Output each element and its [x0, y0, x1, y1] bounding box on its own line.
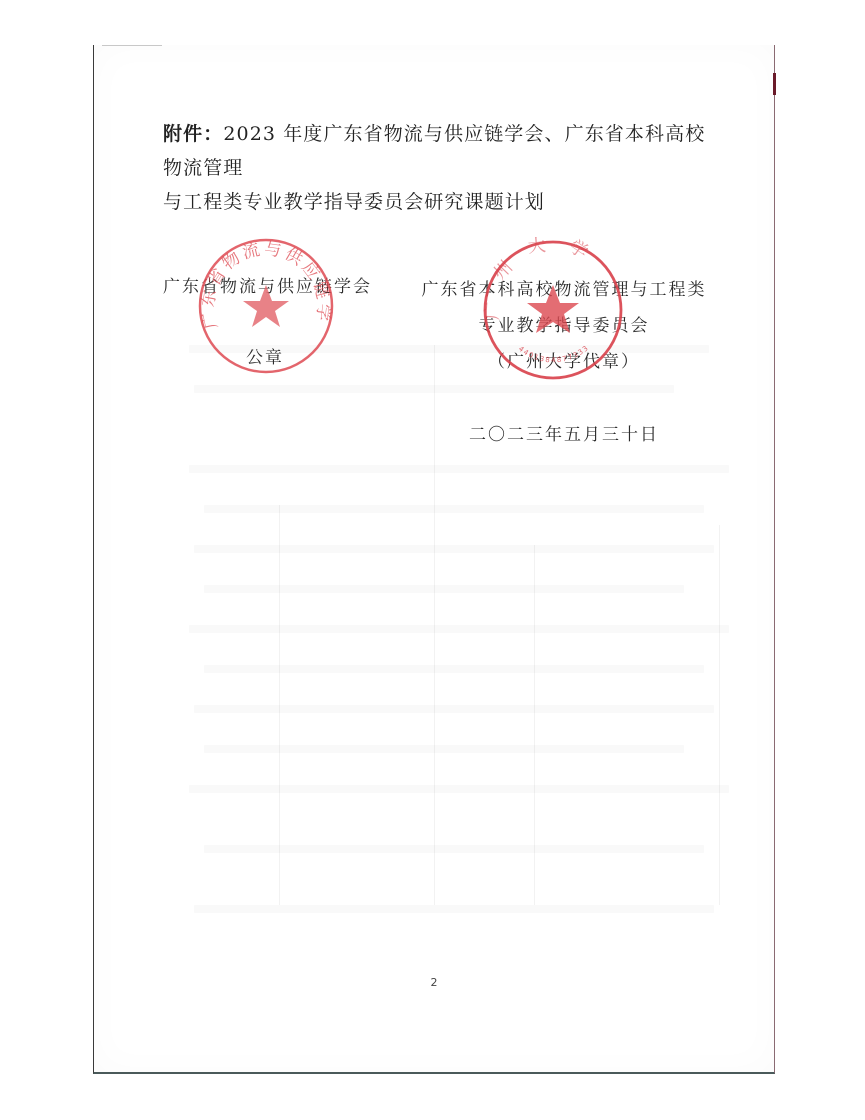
- signatory-right-line-1: 广东省本科高校物流管理与工程类: [414, 272, 714, 308]
- signatory-left-name: 广东省物流与供应链学会: [163, 272, 372, 297]
- attachment-label: 附件：: [163, 123, 223, 145]
- signatory-right: 广东省本科高校物流管理与工程类 专业教学指导委员会 （广州大学代章）: [414, 272, 714, 380]
- signatory-left-seal-note: 公章: [246, 343, 284, 368]
- page-edge-shadow: [102, 45, 162, 46]
- title-line-2: 与工程类专业教学指导委员会研究课题计划: [163, 191, 545, 213]
- page-number: 2: [424, 976, 444, 989]
- signatory-right-line-2: 专业教学指导委员会: [414, 308, 714, 344]
- document-date: 二〇二三年五月三十日: [414, 420, 714, 445]
- binding-mark: [773, 73, 776, 95]
- document-title: 附件：2023 年度广东省物流与供应链学会、广东省本科高校物流管理 与工程类专业…: [163, 117, 723, 219]
- title-line-1: 2023 年度广东省物流与供应链学会、广东省本科高校物流管理: [163, 123, 705, 179]
- signatory-right-line-3: （广州大学代章）: [414, 344, 714, 380]
- document-page: 附件：2023 年度广东省物流与供应链学会、广东省本科高校物流管理 与工程类专业…: [93, 45, 775, 1074]
